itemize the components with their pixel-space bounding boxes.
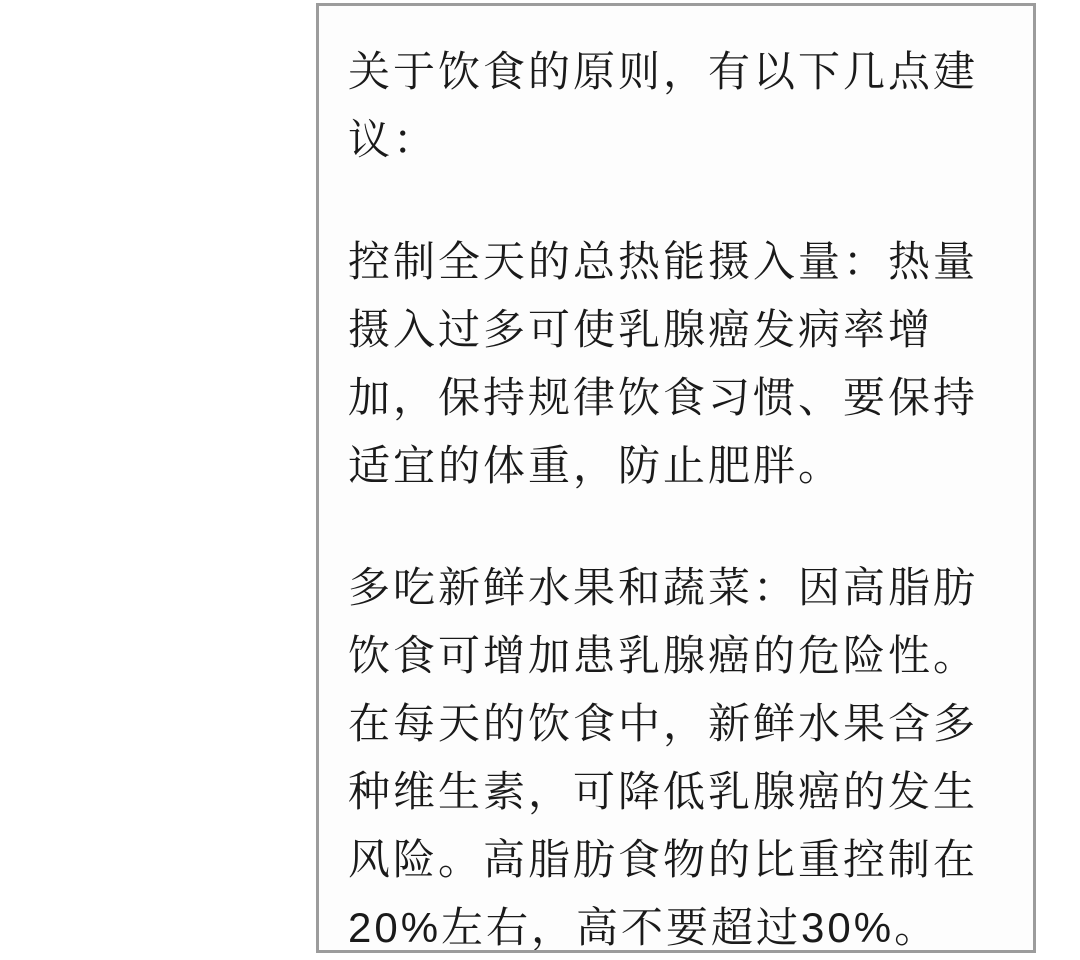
text-line: 议： — [348, 106, 1007, 174]
article-card: 关于饮食的原则，有以下几点建 议： 控制全天的总热能摄入量：热量 摄入过多可使乳… — [316, 3, 1036, 953]
calorie-control-paragraph: 控制全天的总热能摄入量：热量 摄入过多可使乳腺癌发病率增 加，保持规律饮食习惯、… — [348, 228, 1007, 500]
intro-paragraph: 关于饮食的原则，有以下几点建 议： — [348, 38, 1007, 174]
text-line: 摄入过多可使乳腺癌发病率增 — [348, 296, 1007, 364]
text-line: 适宜的体重，防止肥胖。 — [348, 432, 1007, 500]
text-line: 加，保持规律饮食习惯、要保持 — [348, 364, 1007, 432]
text-line: 种维生素，可降低乳腺癌的发生 — [348, 758, 1007, 826]
text-line: 控制全天的总热能摄入量：热量 — [348, 228, 1007, 296]
text-line: 20%左右，高不要超过30%。 — [348, 894, 1007, 953]
text-line: 在每天的饮食中，新鲜水果含多 — [348, 690, 1007, 758]
text-line: 关于饮食的原则，有以下几点建 — [348, 38, 1007, 106]
text-line: 饮食可增加患乳腺癌的危险性。 — [348, 622, 1007, 690]
text-line: 风险。高脂肪食物的比重控制在 — [348, 826, 1007, 894]
page-background: 关于饮食的原则，有以下几点建 议： 控制全天的总热能摄入量：热量 摄入过多可使乳… — [0, 0, 1080, 960]
text-line: 多吃新鲜水果和蔬菜：因高脂肪 — [348, 554, 1007, 622]
fruit-vegetable-paragraph: 多吃新鲜水果和蔬菜：因高脂肪 饮食可增加患乳腺癌的危险性。 在每天的饮食中，新鲜… — [348, 554, 1007, 953]
